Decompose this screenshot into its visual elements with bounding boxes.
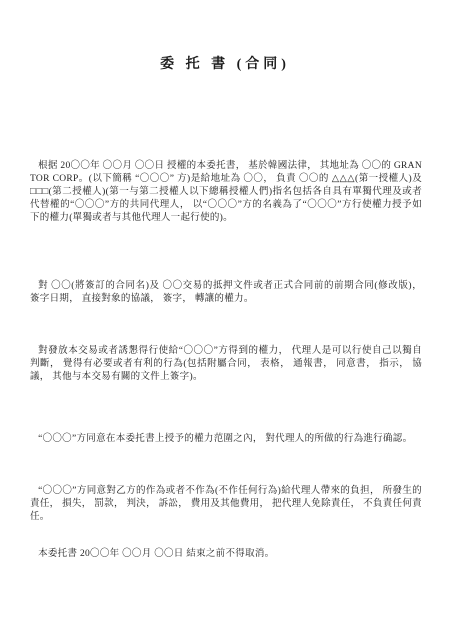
paragraph-agent-discretion: 對發放本交易或者誘懇得行使給“〇〇〇”方得到的權力， 代理人是可以行使自己以獨自…: [30, 345, 422, 384]
paragraph-contract-signing-power: 對 〇〇(將簽訂的合同名)及 〇〇交易的抵押文件或者正式合同前的前期合同(修改版…: [30, 280, 422, 306]
paragraph-ratification: “〇〇〇”方同意在本委托書上授予的權力范圍之內， 對代理人的所做的行為進行确認。: [30, 433, 422, 446]
paragraph-irrevocability: 本委托書 20〇〇年 〇〇月 〇〇日 結束之前不得取消。: [30, 548, 422, 561]
document-title: 委 托 書 (合同): [0, 53, 450, 73]
paragraph-recitals: 根据 20〇〇年 〇〇月 〇〇日 授權的本委托書， 基於韓國法律， 其地址為 〇…: [30, 160, 422, 225]
paragraph-indemnification: “〇〇〇”方同意對乙方的作為或者不作為(不作任何行為)給代理人帶來的負担， 所發…: [30, 485, 422, 524]
document-page: 委 托 書 (合同) 根据 20〇〇年 〇〇月 〇〇日 授權的本委托書， 基於韓…: [0, 0, 450, 636]
